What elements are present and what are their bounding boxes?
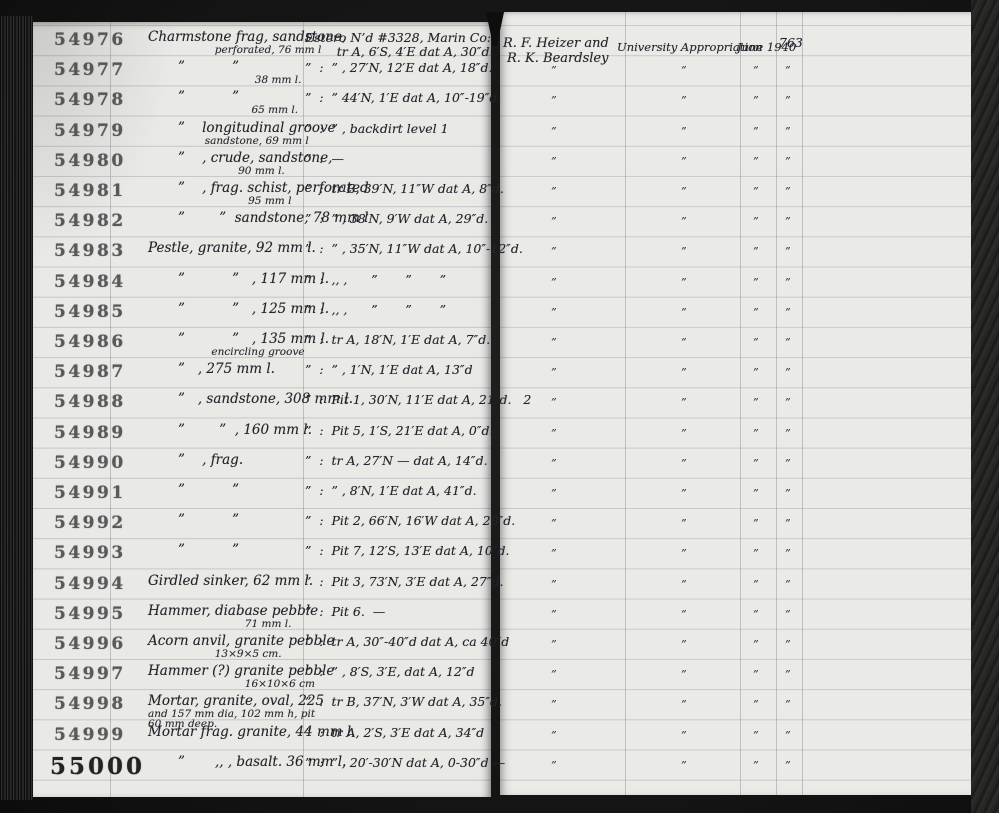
site-location: ” : ” , 1′N, 1′E dat A, 13″d [305, 362, 473, 377]
row-number-stamp: 54996 [54, 634, 126, 654]
ditto-mark-col4: ” [785, 457, 791, 470]
ditto-mark-col4: ” [785, 517, 791, 530]
ditto-mark-col1: ” [551, 155, 557, 168]
ditto-mark-col1: ” [551, 698, 557, 711]
ditto-mark-col3: ” [753, 638, 759, 651]
ditto-mark-col3: ” [753, 427, 759, 440]
ditto-mark-col2: ” [681, 94, 687, 107]
ditto-mark-col4: ” [785, 638, 791, 651]
column-rule-fund [740, 12, 741, 795]
specimen-description: ” , frag. [148, 452, 243, 468]
site-location: ” : ,, , ” ” ” [305, 302, 446, 317]
site-location: ” : ” , 8′N, 1′E dat A, 41″d. [305, 483, 477, 498]
ditto-mark-col2: ” [681, 729, 687, 742]
ditto-mark-col4: ” [785, 698, 791, 711]
ditto-mark-col3: ” [753, 336, 759, 349]
ditto-mark-col2: ” [681, 276, 687, 289]
ditto-mark-col4: ” [785, 64, 791, 77]
ditto-mark-col2: ” [681, 698, 687, 711]
specimen-description: ” ” [148, 542, 239, 558]
specimen-description: ” ” [148, 59, 239, 75]
row-number-stamp: 55000 [50, 753, 145, 780]
row-number-stamp: 54978 [54, 90, 126, 110]
ditto-mark-col4: ” [785, 336, 791, 349]
row-number-stamp: 54981 [54, 181, 126, 201]
ditto-mark-col2: ” [681, 215, 687, 228]
site-location: ” : tr A, 27′N — dat A, 14″d. [305, 453, 488, 468]
site-location: ” : ” , backdirt level 1 [305, 121, 449, 136]
ditto-mark-col1: ” [551, 487, 557, 500]
ditto-mark-col4: ” [785, 155, 791, 168]
ditto-mark-col4: ” [785, 215, 791, 228]
site-location: ” : tr B, 37′N, 3′W dat A, 35″d. [305, 694, 502, 709]
ditto-mark-col4: ” [785, 578, 791, 591]
specimen-description: ” , 275 mm l. [148, 361, 275, 377]
site-location: ” : tr A, 30″-40″d dat A, ca 40″d [305, 634, 509, 649]
photo-edge-strip [971, 0, 999, 813]
ditto-mark-col2: ” [681, 396, 687, 409]
specimen-description-note: 71 mm l. [148, 618, 291, 630]
row-number-stamp: 54990 [54, 453, 126, 473]
collector-name-line1: R. F. Heizer and [503, 36, 609, 51]
row-number-stamp: 54977 [54, 60, 126, 80]
ditto-mark-col3: ” [753, 185, 759, 198]
row-number-stamp: 54987 [54, 362, 126, 382]
ditto-mark-col3: ” [753, 547, 759, 560]
specimen-description: ” ” , 135 mm l. [148, 331, 329, 347]
specimen-description: ” ” [148, 89, 239, 105]
ditto-mark-col2: ” [681, 125, 687, 138]
ditto-mark-col2: ” [681, 155, 687, 168]
row-number-stamp: 54985 [54, 302, 126, 322]
ditto-mark-col2: ” [681, 457, 687, 470]
site-location: ” : ” , 8′S, 3′E, dat A, 12″d [305, 664, 475, 679]
site-location: ” : tr B, 39′N, 11″W dat A, 8″d. [305, 181, 504, 196]
ditto-mark-col1: ” [551, 729, 557, 742]
specimen-description: Girdled sinker, 62 mm l. [148, 573, 313, 589]
ditto-mark-col1: ” [551, 547, 557, 560]
ditto-mark-col2: ” [681, 578, 687, 591]
ditto-mark-col3: ” [753, 759, 759, 772]
ditto-mark-col1: ” [551, 336, 557, 349]
ditto-mark-col1: ” [551, 215, 557, 228]
row-number-stamp: 54995 [54, 604, 126, 624]
row-number-stamp: 54989 [54, 423, 126, 443]
ditto-mark-col3: ” [753, 698, 759, 711]
ditto-mark-col1: ” [551, 185, 557, 198]
ditto-mark-col3: ” [753, 64, 759, 77]
specimen-description-note: 38 mm l. [148, 74, 301, 86]
site-location: ” : tr A, 2′S, 3′E dat A, 34″d [305, 725, 484, 740]
ditto-mark-col2: ” [681, 668, 687, 681]
right-page [500, 12, 971, 795]
ditto-mark-col1: ” [551, 125, 557, 138]
row-number-stamp: 54984 [54, 272, 126, 292]
ditto-mark-col4: ” [785, 759, 791, 772]
ditto-mark-col1: ” [551, 396, 557, 409]
ditto-mark-col1: ” [551, 517, 557, 530]
specimen-description-note: 90 mm l. [148, 165, 285, 177]
ditto-mark-col4: ” [785, 94, 791, 107]
site-location: ” : ,, , ” ” ” [305, 272, 446, 287]
site-location-line2: tr A, 6′S, 4′E dat A, 30″d. [305, 44, 493, 59]
ditto-mark-col3: ” [753, 729, 759, 742]
ditto-mark-col2: ” [681, 427, 687, 440]
specimen-description-note: 13×9×5 cm. [148, 648, 282, 660]
row-number-stamp: 54976 [54, 30, 126, 50]
ditto-mark-col2: ” [681, 64, 687, 77]
row-number-stamp: 54988 [54, 392, 126, 412]
ditto-mark-col3: ” [753, 608, 759, 621]
specimen-description: ” ” [148, 482, 239, 498]
site-location: ” : Pit 7, 12′S, 13′E dat A, 10″d. [305, 543, 509, 558]
specimen-description: ” ” , 117 mm l. [148, 271, 329, 287]
ditto-mark-col4: ” [785, 185, 791, 198]
ditto-mark-col1: ” [551, 64, 557, 77]
ditto-mark-col1: ” [551, 94, 557, 107]
row-number-stamp: 54986 [54, 332, 126, 352]
specimen-description-note: sandstone, 69 mm l [148, 135, 309, 147]
site-location: ” : Pit 6. — [305, 604, 385, 619]
ditto-mark-col1: ” [551, 457, 557, 470]
specimen-description-note: 95 mm l [148, 195, 291, 207]
ditto-mark-col2: ” [681, 759, 687, 772]
ditto-mark-col3: ” [753, 457, 759, 470]
site-location: ” : ” , 35′N, 11″W dat A, 10″-12″d. [305, 241, 523, 256]
site-location: ” : tr A, 18′N, 1′E dat A, 7″d. [305, 332, 490, 347]
specimen-description: ” ” [148, 512, 239, 528]
specimen-description-note: 65 mm l. [148, 104, 298, 116]
ditto-mark-col2: ” [681, 638, 687, 651]
specimen-description: Pestle, granite, 92 mm l. [148, 240, 316, 256]
ditto-mark-col3: ” [753, 396, 759, 409]
ditto-mark-col3: ” [753, 155, 759, 168]
ditto-mark-col4: ” [785, 306, 791, 319]
ditto-mark-col2: ” [681, 487, 687, 500]
specimen-description-note: encircling groove [148, 346, 305, 358]
site-location: ” : ” , 27′N, 12′E dat A, 18″d. [305, 60, 492, 75]
ditto-mark-col1: ” [551, 427, 557, 440]
row-number-stamp: 54997 [54, 664, 126, 684]
site-location: ” : — [305, 151, 344, 166]
ditto-mark-col2: ” [681, 306, 687, 319]
ditto-mark-col4: ” [785, 396, 791, 409]
ditto-mark-col4: ” [785, 729, 791, 742]
specimen-description: ” ” , 160 mm l. [148, 422, 312, 438]
ditto-mark-col3: ” [753, 306, 759, 319]
site-location: ” : ” , 20′-30′N dat A, 0-30″d — [305, 755, 505, 770]
site-location: ” : Pit 5, 1′S, 21′E dat A, 0″d. [305, 423, 494, 438]
ditto-mark-col3: ” [753, 668, 759, 681]
row-number-stamp: 54999 [54, 725, 126, 745]
column-rule-collector [625, 12, 626, 795]
ditto-mark-col2: ” [681, 336, 687, 349]
ditto-mark-col3: ” [753, 517, 759, 530]
ditto-mark-col2: ” [681, 608, 687, 621]
ditto-mark-col2: ” [681, 547, 687, 560]
row-number-stamp: 54991 [54, 483, 126, 503]
ditto-mark-col2: ” [681, 517, 687, 530]
ditto-mark-col3: ” [753, 215, 759, 228]
ditto-mark-col3: ” [753, 276, 759, 289]
site-location: ” : Pit 3, 73′N, 3′E dat A, 27″d. [305, 574, 504, 589]
ditto-mark-col1: ” [551, 276, 557, 289]
column-rule-extra [802, 12, 803, 795]
specimen-description-note: 16×10×6 cm [148, 678, 315, 690]
ditto-mark-col4: ” [785, 245, 791, 258]
site-location: ” : Pit 1, 30′N, 11′E dat A, 21″d. 2 [305, 392, 531, 407]
ditto-mark-col1: ” [551, 245, 557, 258]
ditto-mark-col4: ” [785, 427, 791, 440]
ditto-mark-col4: ” [785, 366, 791, 379]
row-number-stamp: 54994 [54, 574, 126, 594]
column-rule-date [776, 12, 777, 795]
ditto-mark-col4: ” [785, 608, 791, 621]
ditto-mark-col1: ” [551, 638, 557, 651]
specimen-description-note: perforated, 76 mm l [148, 44, 321, 56]
ditto-mark-col1: ” [551, 759, 557, 772]
ditto-mark-col3: ” [753, 245, 759, 258]
ditto-mark-col2: ” [681, 366, 687, 379]
row-number-stamp: 54979 [54, 121, 126, 141]
site-location: ” : ” , 38′N, 9′W dat A, 29″d. [305, 211, 488, 226]
ditto-mark-col4: ” [785, 668, 791, 681]
ditto-mark-col1: ” [551, 578, 557, 591]
ditto-mark-col4: ” [785, 276, 791, 289]
site-location: ” : Pit 2, 66′N, 16′W dat A, 28″d. [305, 513, 515, 528]
ditto-mark-col4: ” [785, 487, 791, 500]
collector-name-line2: R. K. Beardsley [507, 51, 608, 66]
site-location: Estero N’d #3328, Marin Co: [305, 30, 491, 45]
original-number: 763 [779, 35, 803, 50]
ditto-mark-col3: ” [753, 578, 759, 591]
ledger-photo: R. F. Heizer and R. K. Beardsley Univers… [0, 0, 999, 813]
ditto-mark-col1: ” [551, 608, 557, 621]
page-edge-stack [0, 16, 33, 800]
ditto-mark-col3: ” [753, 366, 759, 379]
row-number-stamp: 54983 [54, 241, 126, 261]
specimen-description: Hammer, diabase pebble [148, 603, 318, 619]
ditto-mark-col4: ” [785, 125, 791, 138]
ditto-mark-col3: ” [753, 125, 759, 138]
row-number-stamp: 54980 [54, 151, 126, 171]
row-number-stamp: 54993 [54, 543, 126, 563]
ditto-mark-col3: ” [753, 487, 759, 500]
site-location: ” : ” 44′N, 1′E dat A, 10″-19″d. [305, 90, 501, 105]
ditto-mark-col4: ” [785, 547, 791, 560]
row-number-stamp: 54992 [54, 513, 126, 533]
ditto-mark-col3: ” [753, 94, 759, 107]
ditto-mark-col2: ” [681, 185, 687, 198]
row-number-stamp: 54982 [54, 211, 126, 231]
ditto-mark-col2: ” [681, 245, 687, 258]
ditto-mark-col1: ” [551, 668, 557, 681]
ditto-mark-col1: ” [551, 366, 557, 379]
ditto-mark-col1: ” [551, 306, 557, 319]
specimen-description: Mortar, granite, oval, 225 [148, 693, 324, 709]
specimen-description: ” ” , 125 mm l. [148, 301, 329, 317]
row-number-stamp: 54998 [54, 694, 126, 714]
